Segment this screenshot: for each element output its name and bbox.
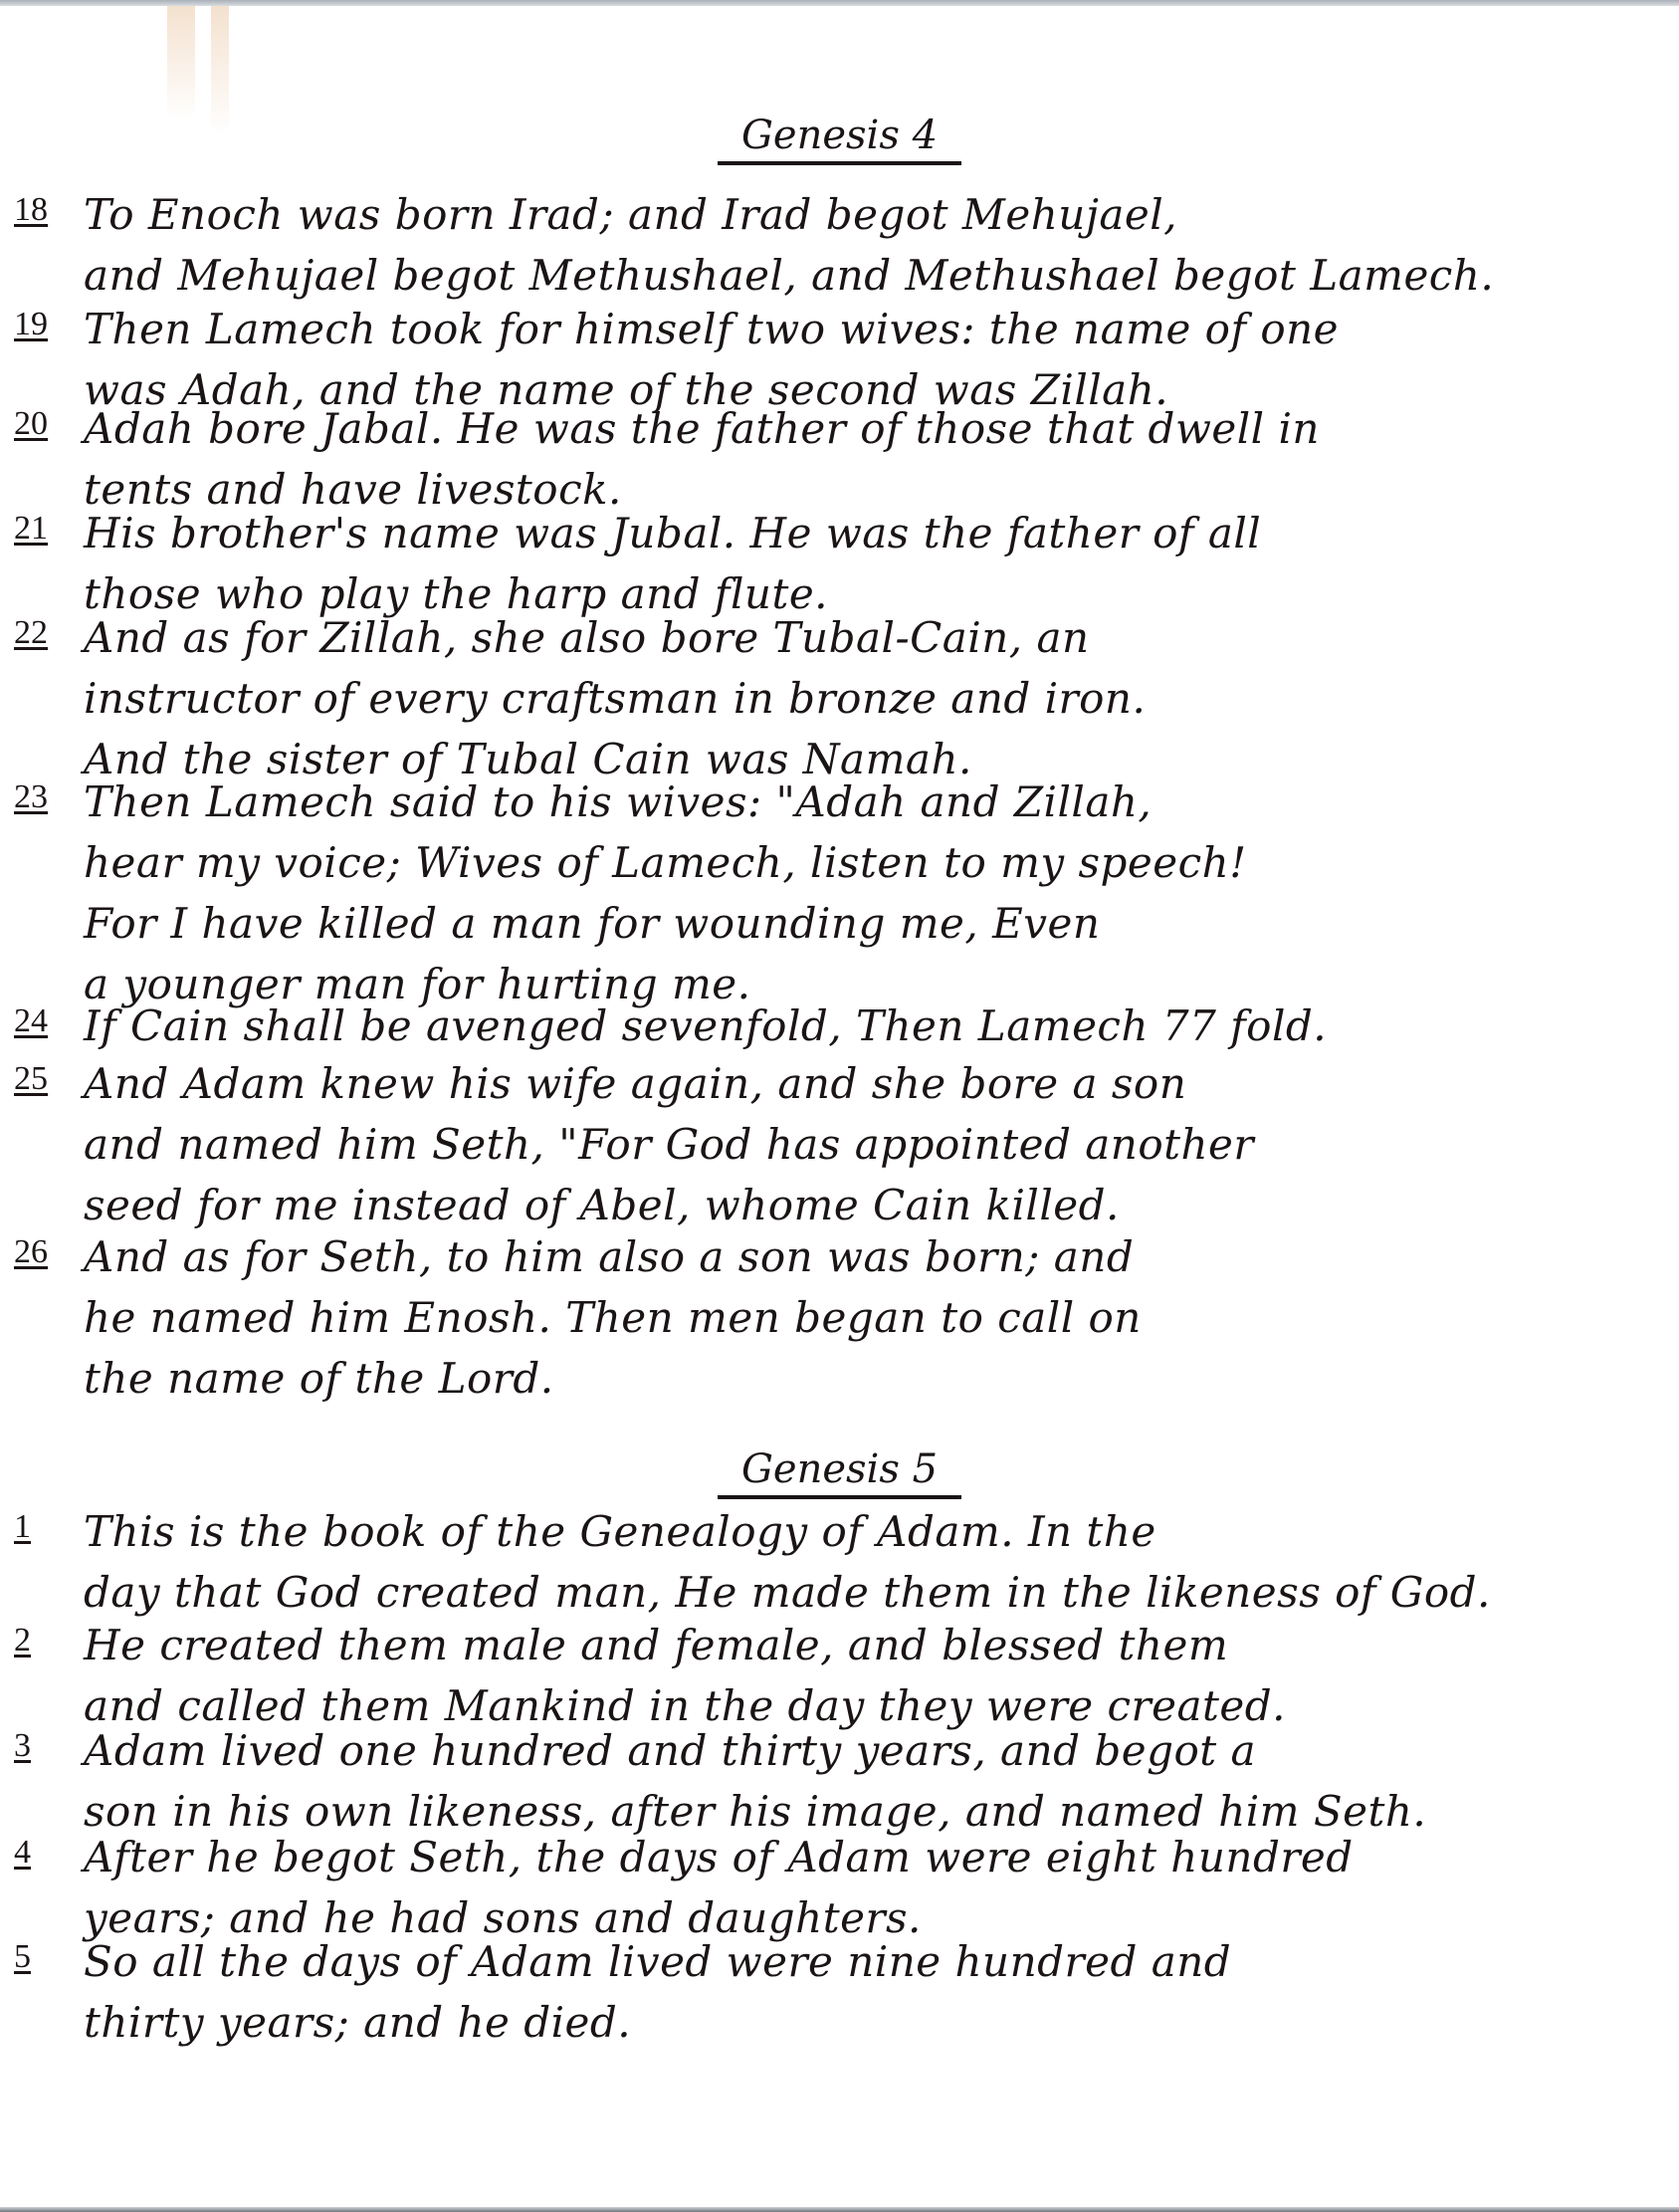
verse-number: 21 [14,509,84,549]
verse-number: 2 [14,1621,84,1660]
verse-line: Then Lamech said to his wives: "Adah and… [14,772,1666,832]
verse-number: 23 [14,777,84,817]
verse-line: To Enoch was born Irad; and Irad begot M… [14,184,1666,245]
verse-number: 3 [14,1726,84,1766]
verse-line: And as for Seth, to him also a son was b… [14,1226,1666,1287]
verse-number: 5 [14,1937,84,1977]
verse-number: 22 [14,613,84,653]
section-heading-genesis-5: Genesis 5 [0,1445,1679,1499]
verse-line: So all the days of Adam lived were nine … [14,1931,1666,1992]
verse-line: and named him Seth, "For God has appoint… [14,1114,1666,1175]
verse-18: 18 To Enoch was born Irad; and Irad bego… [14,184,1666,306]
verse-line: and Mehujael begot Methushael, and Methu… [14,245,1666,306]
verse-line: Then Lamech took for himself two wives: … [14,299,1666,359]
verse-line: His brother's name was Jubal. He was the… [14,503,1666,563]
verse-21: 21 His brother's name was Jubal. He was … [14,503,1666,624]
scan-bottom-edge [0,2207,1679,2212]
verse-number: 19 [14,305,84,344]
verse-line: instructor of every craftsman in bronze … [14,668,1666,729]
verse-number: 25 [14,1059,84,1099]
section-heading-genesis-4: Genesis 4 [0,111,1679,165]
verse-number: 24 [14,1001,84,1041]
verse-line: This is the book of the Genealogy of Ada… [14,1501,1666,1562]
heading-text: Genesis 5 [718,1445,961,1499]
heading-text: Genesis 4 [718,111,961,165]
verse-line: Adam lived one hundred and thirty years,… [14,1720,1666,1781]
verse-number: 18 [14,190,84,230]
verse-line: And Adam knew his wife again, and she bo… [14,1053,1666,1114]
verse-2: 2 He created them male and female, and b… [14,1615,1666,1736]
verse-line: thirty years; and he died. [14,1992,1666,2053]
verse-line: He created them male and female, and ble… [14,1615,1666,1675]
handwritten-page: Genesis 4 18 To Enoch was born Irad; and… [0,0,1679,2212]
verse-5: 5 So all the days of Adam lived were nin… [14,1931,1666,2053]
verse-line: After he begot Seth, the days of Adam we… [14,1827,1666,1887]
verse-4: 4 After he begot Seth, the days of Adam … [14,1827,1666,1948]
verse-line: Adah bore Jabal. He was the father of th… [14,398,1666,459]
verse-number: 1 [14,1507,84,1547]
verse-number: 26 [14,1232,84,1272]
verse-23: 23 Then Lamech said to his wives: "Adah … [14,772,1666,1014]
verse-line: he named him Enosh. Then men began to ca… [14,1287,1666,1348]
verse-line: hear my voice; Wives of Lamech, listen t… [14,832,1666,893]
verse-number: 4 [14,1833,84,1873]
verse-line: For I have killed a man for wounding me,… [14,893,1666,954]
verse-line: If Cain shall be avenged sevenfold, Then… [14,995,1666,1056]
verse-22: 22 And as for Zillah, she also bore Tuba… [14,607,1666,789]
verse-20: 20 Adah bore Jabal. He was the father of… [14,398,1666,520]
verse-3: 3 Adam lived one hundred and thirty year… [14,1720,1666,1842]
verse-line: And as for Zillah, she also bore Tubal-C… [14,607,1666,668]
verse-number: 20 [14,404,84,444]
verse-24: 24 If Cain shall be avenged sevenfold, T… [14,995,1666,1056]
verse-line: day that God created man, He made them i… [14,1562,1666,1623]
verse-1: 1 This is the book of the Genealogy of A… [14,1501,1666,1623]
verse-26: 26 And as for Seth, to him also a son wa… [14,1226,1666,1409]
verse-line: the name of the Lord. [14,1348,1666,1409]
verse-25: 25 And Adam knew his wife again, and she… [14,1053,1666,1235]
